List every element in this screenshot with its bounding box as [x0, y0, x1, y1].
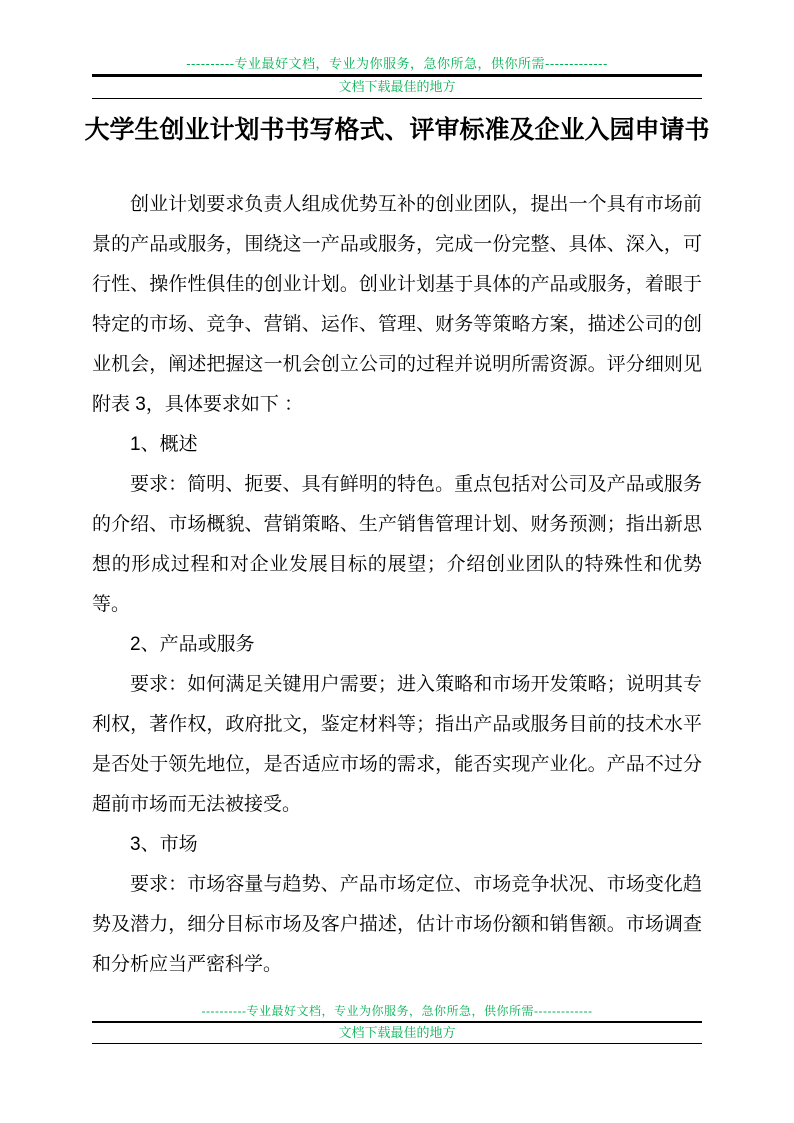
paragraph-market: 要求：市场容量与趋势、产品市场定位、市场竞争状况、市场变化趋势及潜力，细分目标市…: [92, 865, 702, 985]
header-rule-bottom: [92, 98, 702, 99]
header-tagline: ----------专业最好文档，专业为你服务，急你所急，供你所需-------…: [0, 54, 794, 73]
page-header: ----------专业最好文档，专业为你服务，急你所急，供你所需-------…: [0, 54, 794, 99]
heading-1-overview: 1、概述: [92, 425, 702, 465]
footer-tagline: ----------专业最好文档，专业为你服务，急你所急，供你所需-------…: [0, 1002, 794, 1020]
footer-rule-bottom: [92, 1043, 702, 1044]
paragraph-intro: 创业计划要求负责人组成优势互补的创业团队，提出一个具有市场前景的产品或服务，围绕…: [92, 185, 702, 425]
paragraph-overview: 要求：简明、扼要、具有鲜明的特色。重点包括对公司及产品或服务的介绍、市场概貌、营…: [92, 465, 702, 625]
heading-3-market: 3、市场: [92, 825, 702, 865]
page-footer: ----------专业最好文档，专业为你服务，急你所急，供你所需-------…: [0, 1002, 794, 1044]
document-body: 创业计划要求负责人组成优势互补的创业团队，提出一个具有市场前景的产品或服务，围绕…: [92, 185, 702, 985]
heading-2-product: 2、产品或服务: [92, 625, 702, 665]
document-title: 大学生创业计划书书写格式、评审标准及企业入园申请书: [0, 110, 794, 150]
header-subtitle: 文档下载最佳的地方: [0, 77, 794, 98]
footer-subtitle: 文档下载最佳的地方: [0, 1023, 794, 1043]
paragraph-product: 要求：如何满足关键用户需要；进入策略和市场开发策略；说明其专利权，著作权，政府批…: [92, 665, 702, 825]
document-page: ----------专业最好文档，专业为你服务，急你所急，供你所需-------…: [0, 0, 794, 1123]
